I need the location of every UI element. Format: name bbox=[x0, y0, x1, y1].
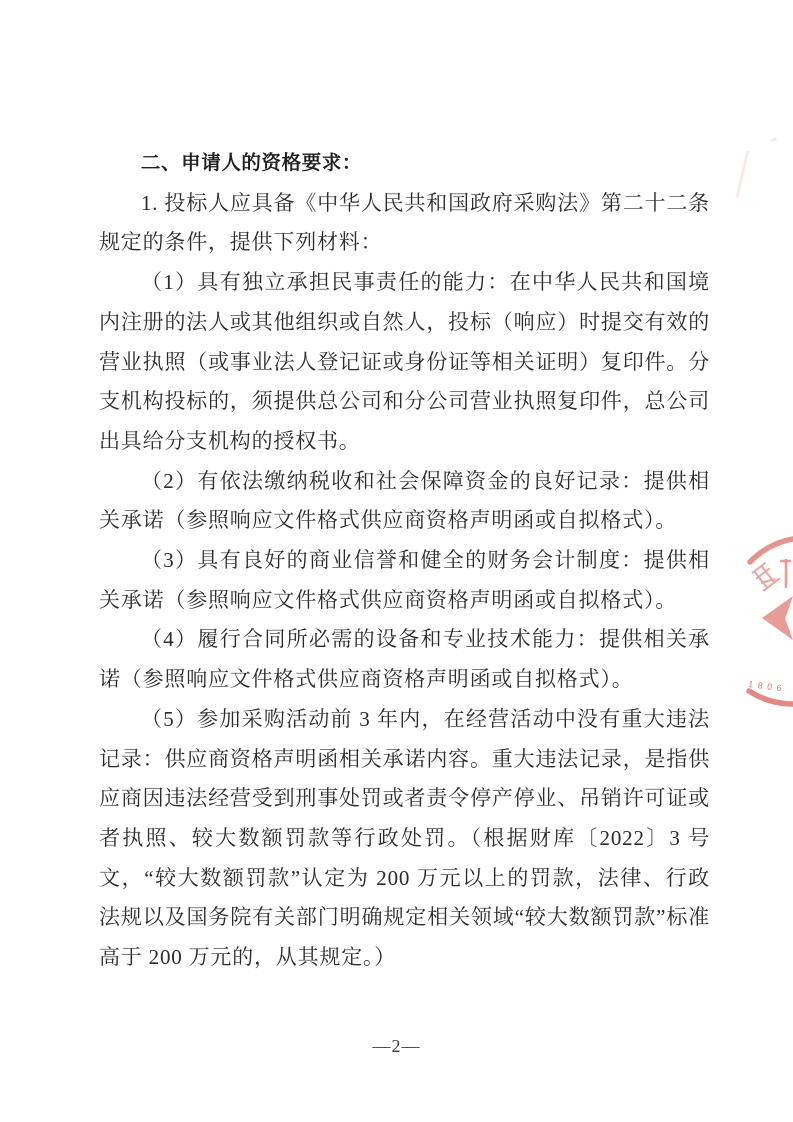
seal-glyph-fragment bbox=[750, 562, 779, 591]
seal-rim-bottom-arc bbox=[749, 691, 793, 704]
paragraph: （4）履行合同所必需的设备和专业技术能力：提供相关承诺（参照响应文件格式供应商资… bbox=[99, 620, 710, 699]
seal-glyph-fragment bbox=[780, 559, 791, 588]
seal-star-icon bbox=[762, 596, 793, 640]
official-seal-stamp: 1806 bbox=[745, 535, 793, 715]
paragraph: 1. 投标人应具备《中华人民共和国政府采购法》第二十二条规定的条件，提供下列材料… bbox=[99, 184, 710, 263]
faint-red-ink-speck bbox=[770, 137, 778, 142]
paragraph: （1）具有独立承担民事责任的能力：在中华人民共和国境内注册的法人或其他组织或自然… bbox=[99, 263, 710, 462]
paragraph: （2）有依法缴纳税收和社会保障资金的良好记录：提供相关承诺（参照响应文件格式供应… bbox=[99, 462, 710, 541]
document-page: 二、申请人的资格要求： 1. 投标人应具备《中华人民共和国政府采购法》第二十二条… bbox=[0, 0, 793, 1122]
seal-code-text: 1806 bbox=[748, 679, 787, 694]
seal-rim-top-arc bbox=[750, 539, 793, 562]
document-body: 二、申请人的资格要求： 1. 投标人应具备《中华人民共和国政府采购法》第二十二条… bbox=[99, 144, 710, 978]
paragraph: （5）参加采购活动前 3 年内，在经营活动中没有重大违法记录：供应商资格声明函相… bbox=[99, 700, 710, 978]
page-number: —2— bbox=[0, 1036, 793, 1057]
paragraph: （3）具有良好的商业信誉和健全的财务会计制度：提供相关承诺（参照响应文件格式供应… bbox=[99, 541, 710, 620]
section-heading: 二、申请人的资格要求： bbox=[99, 144, 710, 184]
faint-red-ink-mark bbox=[736, 150, 750, 197]
